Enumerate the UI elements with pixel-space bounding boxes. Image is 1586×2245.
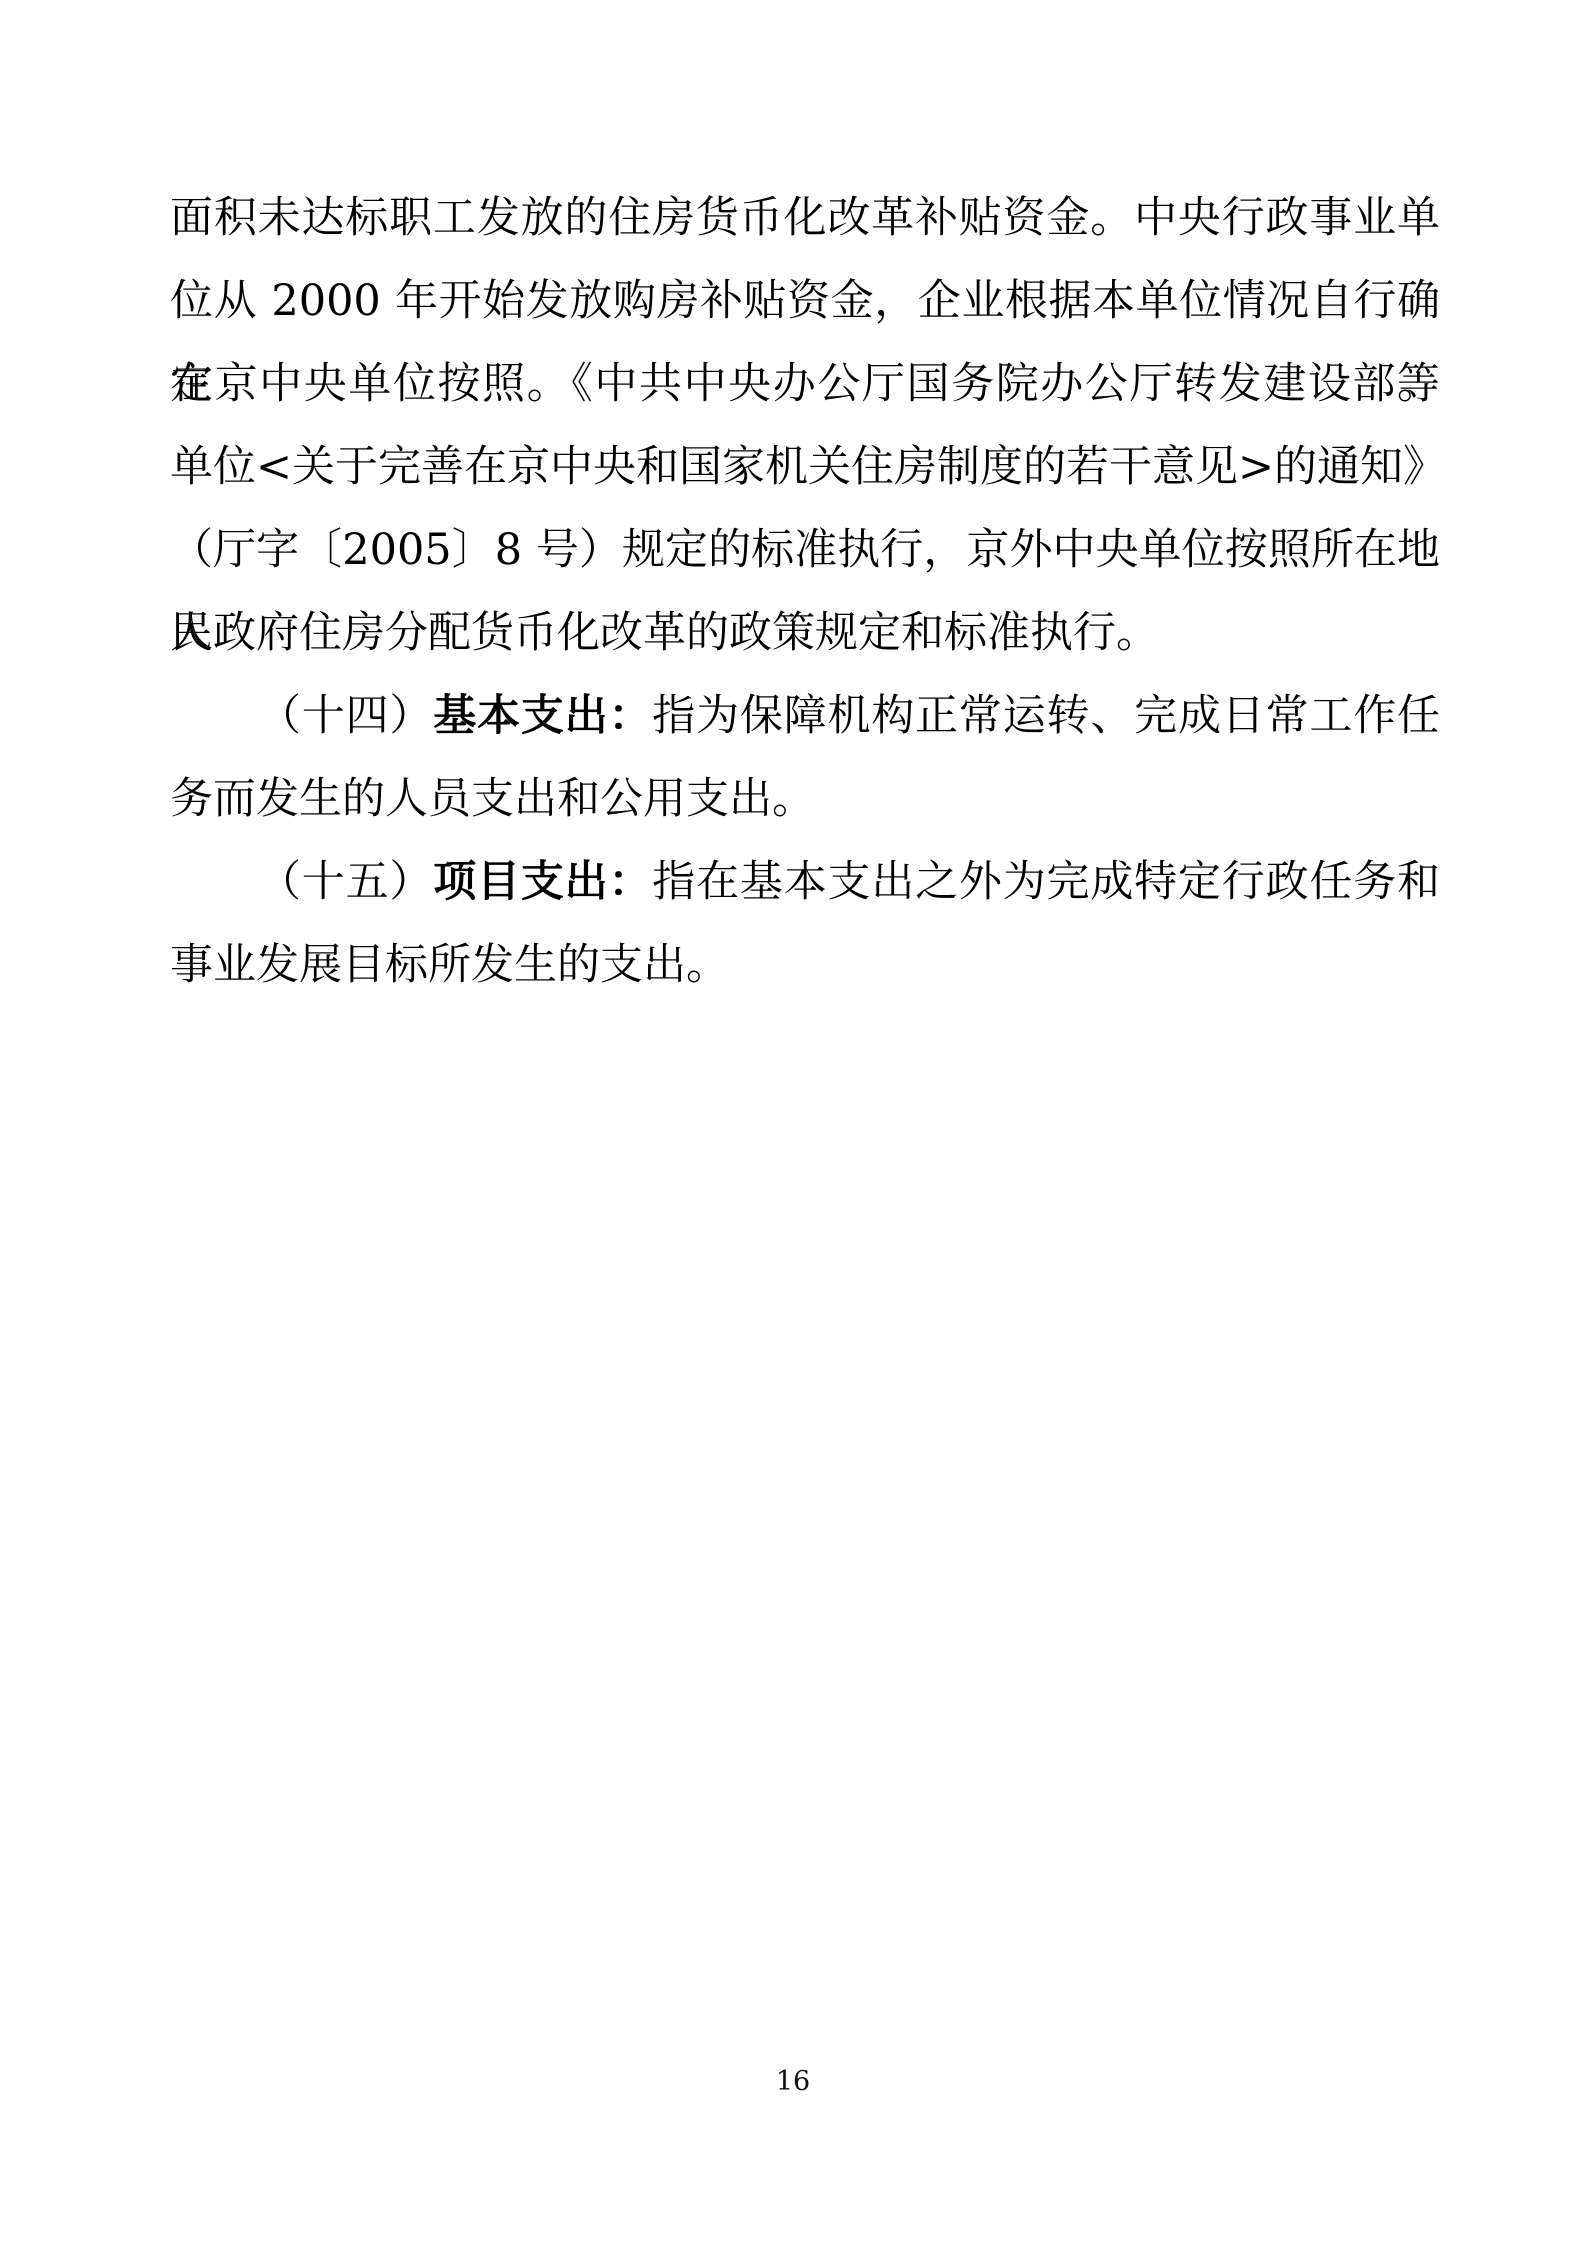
page-number: 16 <box>0 2062 1586 2102</box>
text-line: 位从 2000 年开始发放购房补贴资金，企业根据本单位情况自行确定。 <box>170 260 1440 343</box>
text-line: 民政府住房分配货币化改革的政策规定和标准执行。 <box>170 592 1440 675</box>
text-line-item-14: （十四）基本支出：指为保障机构正常运转、完成日常工作任 <box>170 675 1440 758</box>
document-page: 面积未达标职工发放的住房货币化改革补贴资金。中央行政事业单 位从 2000 年开… <box>0 0 1586 2245</box>
text-run: 指在基本支出之外为完成特定行政任务和 <box>652 857 1440 907</box>
text-line: 在京中央单位按照。《中共中央办公厅国务院办公厅转发建设部等 <box>170 343 1440 426</box>
term-project-expenditure: 项目支出： <box>433 857 652 907</box>
text-line: 务而发生的人员支出和公用支出。 <box>170 758 1440 841</box>
text-run: 面积未达标职工发放的住房货币化改革补贴资金。中央行政事业单 <box>170 193 1440 243</box>
body-text: 面积未达标职工发放的住房货币化改革补贴资金。中央行政事业单 位从 2000 年开… <box>170 177 1440 1007</box>
text-run: 务而发生的人员支出和公用支出。 <box>170 774 815 824</box>
text-line-item-15: （十五）项目支出：指在基本支出之外为完成特定行政任务和 <box>170 841 1440 924</box>
text-line: （厅字〔2005〕8 号）规定的标准执行，京外中央单位按照所在地人 <box>170 509 1440 592</box>
list-number: （十五） <box>258 857 433 907</box>
text-line: 单位<关于完善在京中央和国家机关住房制度的若干意见>的通知》 <box>170 426 1440 509</box>
text-run: 指为保障机构正常运转、完成日常工作任 <box>652 691 1440 741</box>
text-run: 民政府住房分配货币化改革的政策规定和标准执行。 <box>170 608 1159 658</box>
list-number: （十四） <box>258 691 433 741</box>
text-run: 事业发展目标所发生的支出。 <box>170 940 729 990</box>
text-run: 单位<关于完善在京中央和国家机关住房制度的若干意见>的通知》 <box>170 442 1446 492</box>
text-run: 在京中央单位按照。《中共中央办公厅国务院办公厅转发建设部等 <box>170 359 1440 409</box>
text-line: 事业发展目标所发生的支出。 <box>170 924 1440 1007</box>
text-line: 面积未达标职工发放的住房货币化改革补贴资金。中央行政事业单 <box>170 177 1440 260</box>
term-basic-expenditure: 基本支出： <box>433 691 652 741</box>
